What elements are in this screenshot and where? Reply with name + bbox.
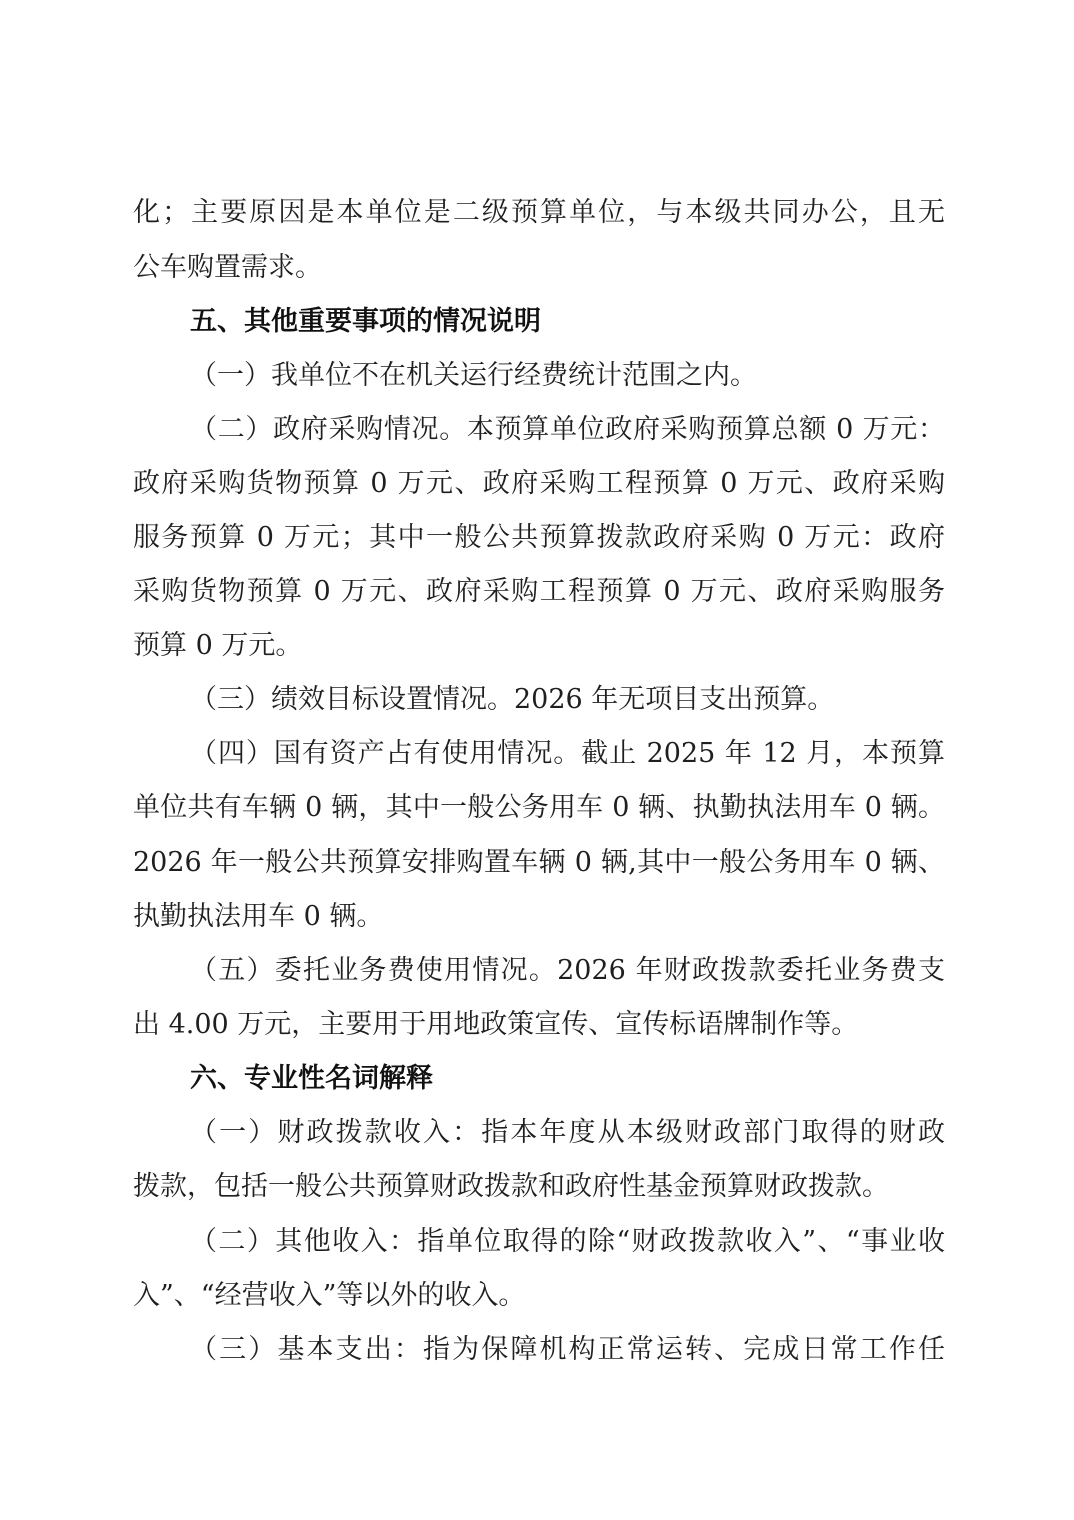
paragraph-line: 公车购置需求。	[133, 248, 945, 288]
paragraph-line: （三）绩效目标设置情况。2026 年无项目支出预算。	[190, 680, 945, 720]
section-heading-6: 六、专业性名词解释	[190, 1059, 945, 1099]
paragraph-line: 拨款，包括一般公共预算财政拨款和政府性基金预算财政拨款。	[133, 1167, 945, 1207]
document-page: 化；主要原因是本单位是二级预算单位，与本级共同办公，且无 公车购置需求。 五、其…	[0, 0, 1074, 1520]
paragraph-line: （三）基本支出：指为保障机构正常运转、完成日常工作任	[190, 1330, 945, 1370]
paragraph-line: 化；主要原因是本单位是二级预算单位，与本级共同办公，且无	[133, 193, 945, 233]
paragraph-line: 采购货物预算 0 万元、政府采购工程预算 0 万元、政府采购服务	[133, 572, 945, 612]
paragraph-line: 预算 0 万元。	[133, 626, 945, 666]
paragraph-line: 出 4.00 万元，主要用于用地政策宣传、宣传标语牌制作等。	[133, 1005, 945, 1045]
section-heading-5: 五、其他重要事项的情况说明	[190, 302, 945, 342]
paragraph-line: （二）政府采购情况。本预算单位政府采购预算总额 0 万元：	[190, 410, 945, 450]
paragraph-line: 入”、“经营收入”等以外的收入。	[133, 1276, 945, 1316]
paragraph-line: （一）我单位不在机关运行经费统计范围之内。	[190, 356, 945, 396]
paragraph-line: （一）财政拨款收入：指本年度从本级财政部门取得的财政	[190, 1113, 945, 1153]
paragraph-line: 单位共有车辆 0 辆，其中一般公务用车 0 辆、执勤执法用车 0 辆。	[133, 788, 945, 828]
paragraph-line: （五）委托业务费使用情况。2026 年财政拨款委托业务费支	[190, 951, 945, 991]
paragraph-line: 2026 年一般公共预算安排购置车辆 0 辆,其中一般公务用车 0 辆、	[133, 843, 945, 883]
paragraph-line: 政府采购货物预算 0 万元、政府采购工程预算 0 万元、政府采购	[133, 464, 945, 504]
paragraph-line: 执勤执法用车 0 辆。	[133, 897, 945, 937]
paragraph-line: （二）其他收入：指单位取得的除“财政拨款收入”、“事业收	[190, 1222, 945, 1262]
paragraph-line: 服务预算 0 万元；其中一般公共预算拨款政府采购 0 万元：政府	[133, 518, 945, 558]
paragraph-line: （四）国有资产占有使用情况。截止 2025 年 12 月，本预算	[190, 734, 945, 774]
